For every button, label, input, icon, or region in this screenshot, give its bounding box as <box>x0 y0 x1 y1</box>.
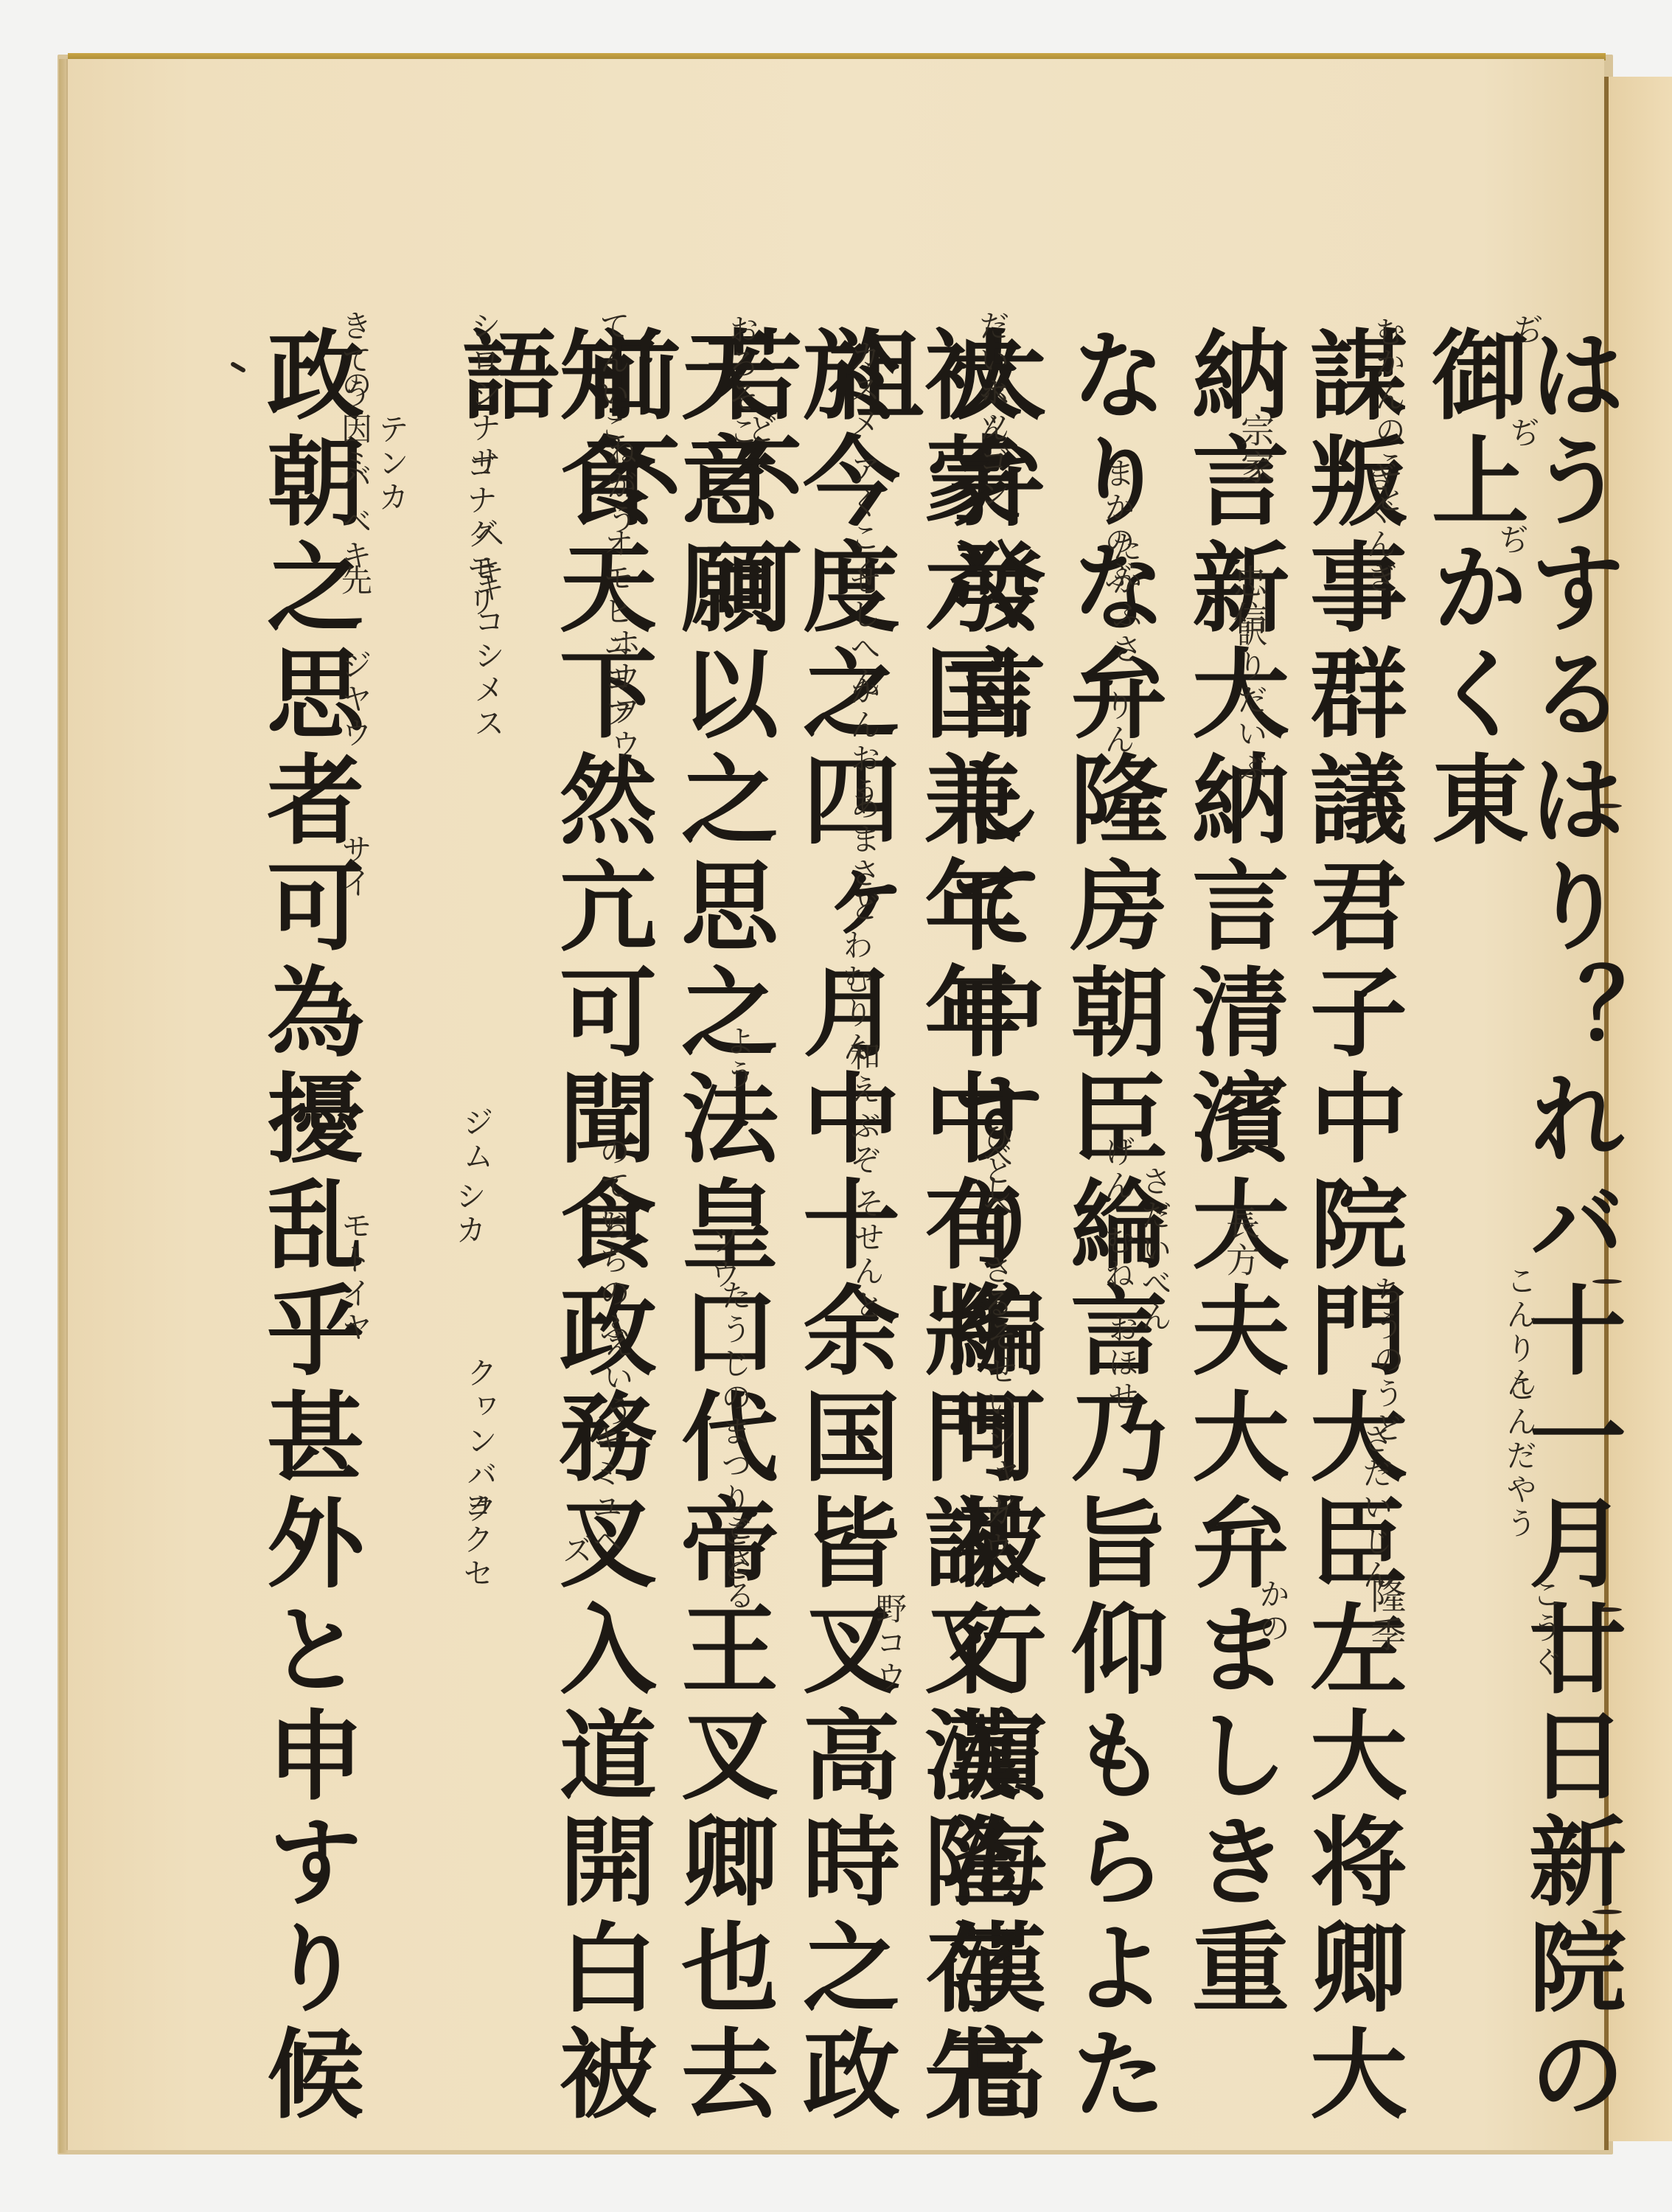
gloss: べし <box>980 1139 1011 1207</box>
gloss: シカ <box>453 1180 484 1248</box>
gloss: 野コウ <box>874 1593 905 1694</box>
gloss: かの <box>1257 1578 1288 1646</box>
gloss: モトイヤ <box>339 1209 370 1345</box>
gloss: さだいじん <box>1360 1423 1391 1593</box>
gloss: えいう <box>601 1327 632 1429</box>
gloss: カスメ <box>848 339 879 441</box>
gloss: ヨクセ <box>461 1489 492 1591</box>
gloss: サイ <box>339 833 370 901</box>
gloss: さだいべん <box>1139 1165 1170 1335</box>
gloss: の <box>339 369 370 403</box>
gloss: ぐんぎ <box>1364 494 1395 596</box>
gloss: ジヤウ <box>339 649 370 751</box>
gloss: 和え <box>848 1040 879 1107</box>
gloss: ぢ <box>1511 313 1542 347</box>
gloss: 長方 <box>1224 1206 1258 1279</box>
gloss: げん <box>1102 1135 1133 1203</box>
gloss: ホツゴン <box>977 376 1008 512</box>
gloss: テンカ <box>376 413 407 515</box>
gloss: ぶぞ <box>848 1110 879 1178</box>
gloss: そせいシャン <box>984 1320 1015 1523</box>
gloss: 訳りだいぶ <box>1235 616 1266 785</box>
gloss: ベキ <box>339 505 370 573</box>
gloss: てんいこ <box>597 310 628 445</box>
gloss: こんだやう <box>1504 1371 1535 1541</box>
gloss: ズ <box>560 1534 591 1568</box>
gloss: こうぐ <box>1530 1578 1561 1680</box>
gloss: キミユヘ <box>590 1423 621 1559</box>
gloss: 先 <box>339 564 370 598</box>
gloss: そせんと <box>851 1187 882 1323</box>
gloss: ぢ <box>1497 524 1528 557</box>
gloss: ちうのうど <box>1371 1276 1402 1445</box>
gloss: 宗家 <box>1239 413 1272 487</box>
gloss: たかふさ <box>1110 531 1140 667</box>
gloss: おほせ <box>1106 1312 1137 1414</box>
gloss: さる <box>980 1253 1011 1321</box>
gloss: むね <box>1102 1224 1133 1292</box>
gloss: 隆季 <box>1368 1578 1403 1655</box>
gloss: キコシメス <box>472 571 503 741</box>
gloss: ぢ <box>1508 417 1539 451</box>
gloss: りん <box>1102 689 1133 757</box>
gloss: ホウヲウ <box>608 627 639 762</box>
gloss: カウ <box>980 1497 1011 1565</box>
gloss: よう <box>722 1025 753 1093</box>
gloss: ちちのふ <box>597 1209 628 1345</box>
gloss: ぎ <box>1364 461 1395 495</box>
gloss: あまさど <box>848 789 879 925</box>
gloss: ジム <box>461 1106 492 1174</box>
gloss: バ <box>339 461 370 495</box>
gloss: む <box>1373 316 1404 349</box>
gloss: こさる <box>722 1512 753 1613</box>
gloss: ど <box>745 413 776 447</box>
gloss: ねがう <box>605 435 635 537</box>
